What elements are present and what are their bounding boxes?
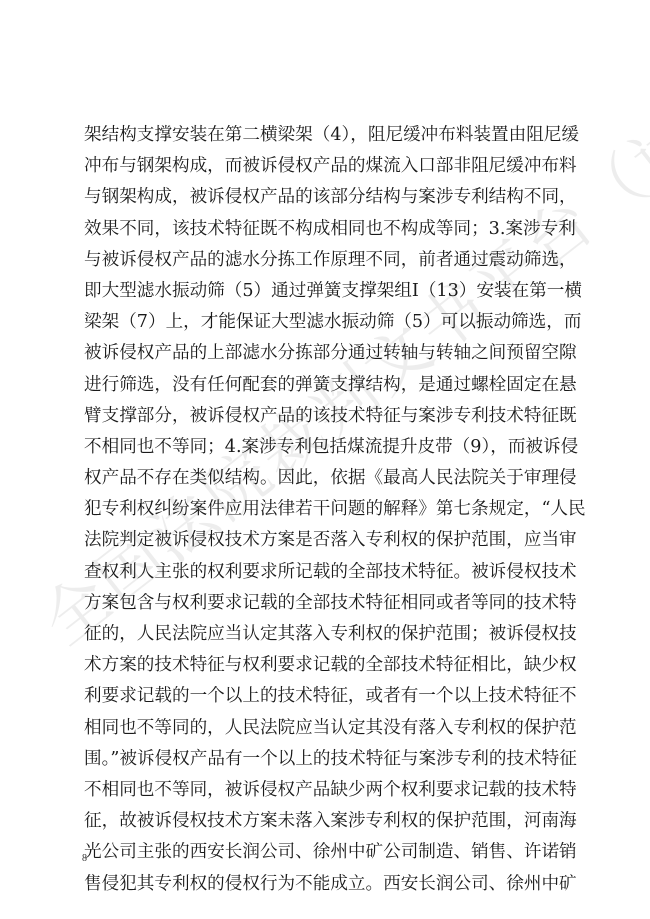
text-line: 与钢架构成，被诉侵权产品的该部分结构与案涉专利结构不同， (84, 182, 572, 213)
text-line: 效果不同，该技术特征既不构成相同也不构成等同；3.案涉专利 (84, 214, 572, 245)
text-line: 征的，人民法院应当认定其落入专利权的保护范围；被诉侵权技 (84, 619, 572, 650)
text-line: 售侵犯其专利权的侵权行为不能成立。西安长润公司、徐州中矿 (84, 869, 572, 900)
text-line: 被诉侵权产品的上部滤水分拣部分通过转轴与转轴之间预留空隙 (84, 338, 572, 369)
body-text: 架结构支撑安装在第二横梁架（4），阻尼缓冲布料装置由阻尼缓 冲布与钢架构成，而被… (84, 120, 572, 900)
text-line: 权产品不存在类似结构。因此，依据《最高人民法院关于审理侵 (84, 463, 572, 494)
text-line: 查权利人主张的权利要求所记载的全部技术特征。被诉侵权技术 (84, 557, 572, 588)
document-page: 全国法院裁判文书平台（试行） 架结构支撑安装在第二横梁架（4），阻尼缓冲布料装置… (0, 0, 650, 919)
text-line: 臂支撑部分，被诉侵权产品的该技术特征与案涉专利技术特征既 (84, 401, 572, 432)
text-line: 即大型滤水振动筛（5）通过弹簧支撑架组Ⅰ（13）安装在第一横 (84, 276, 572, 307)
text-line: 不相同也不等同；4.案涉专利包括煤流提升皮带（9），而被诉侵 (84, 432, 572, 463)
text-line: 不相同也不等同，被诉侵权产品缺少两个权利要求记载的技术特 (84, 775, 572, 806)
text-line: 相同也不等同的，人民法院应当认定其没有落入专利权的保护范 (84, 713, 572, 744)
text-line: 冲布与钢架构成，而被诉侵权产品的煤流入口部非阻尼缓冲布料 (84, 151, 572, 182)
text-line: 法院判定被诉侵权技术方案是否落入专利权的保护范围，应当审 (84, 525, 572, 556)
text-line: 围。”被诉侵权产品有一个以上的技术特征与案涉专利的技术特征 (84, 744, 572, 775)
text-line: 术方案的技术特征与权利要求记载的全部技术特征相比，缺少权 (84, 650, 572, 681)
text-line: 架结构支撑安装在第二横梁架（4），阻尼缓冲布料装置由阻尼缓 (84, 120, 572, 151)
text-line: 犯专利权纠纷案件应用法律若干问题的解释》第七条规定，“人民 (84, 494, 572, 525)
text-line: 梁架（7）上，才能保证大型滤水振动筛（5）可以振动筛选，而 (84, 307, 572, 338)
text-line: 方案包含与权利要求记载的全部技术特征相同或者等同的技术特 (84, 588, 572, 619)
text-line: 光公司主张的西安长润公司、徐州中矿公司制造、销售、许诺销 (84, 837, 572, 868)
text-line: 利要求记载的一个以上的技术特征，或者有一个以上技术特征不 (84, 681, 572, 712)
text-line: 征，故被诉侵权技术方案未落入案涉专利权的保护范围，河南海 (84, 806, 572, 837)
text-line: 进行筛选，没有任何配套的弹簧支撑结构，是通过螺栓固定在悬 (84, 370, 572, 401)
text-line: 与被诉侵权产品的滤水分拣工作原理不同，前者通过震动筛选， (84, 245, 572, 276)
page-number: 8 (82, 853, 87, 864)
